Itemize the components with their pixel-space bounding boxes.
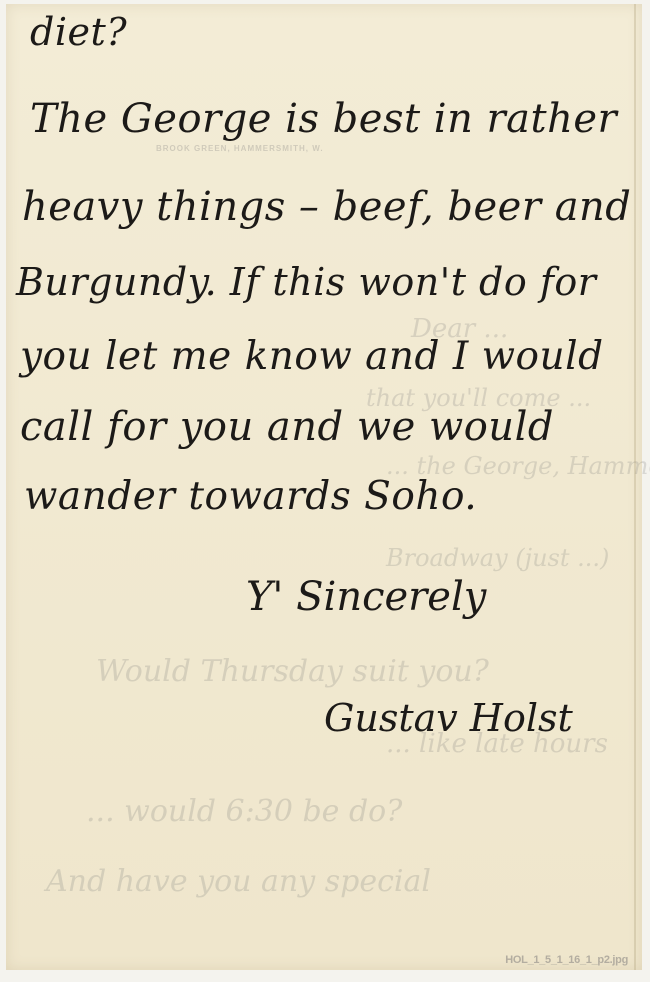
letter-line: Burgundy. If this won't do for	[16, 260, 596, 304]
letter-line: wander towards Soho.	[24, 474, 477, 519]
bleed-line: ... would 6:30 be do?	[86, 794, 402, 829]
letter-page: BROOK GREEN, HAMMERSMITH, W. Dear ... th…	[6, 4, 642, 970]
letter-line: call for you and we would	[20, 404, 554, 450]
bleed-line: Broadway (just ...)	[386, 544, 609, 572]
bleed-line: And have you any special	[46, 864, 431, 899]
image-filename-label: HOL_1_5_1_16_1_p2.jpg	[505, 954, 628, 966]
letter-line: The George is best in rather	[30, 96, 617, 142]
letter-line: you let me know and I would	[20, 334, 604, 379]
letter-line: diet?	[30, 10, 127, 54]
letter-line: heavy things – beef, beer and	[22, 184, 631, 230]
bleed-line: Would Thursday suit you?	[96, 654, 489, 689]
letterhead-bleed: BROOK GREEN, HAMMERSMITH, W.	[156, 144, 324, 153]
closing: Y' Sincerely	[246, 574, 486, 620]
signature: Gustav Holst	[324, 696, 573, 740]
